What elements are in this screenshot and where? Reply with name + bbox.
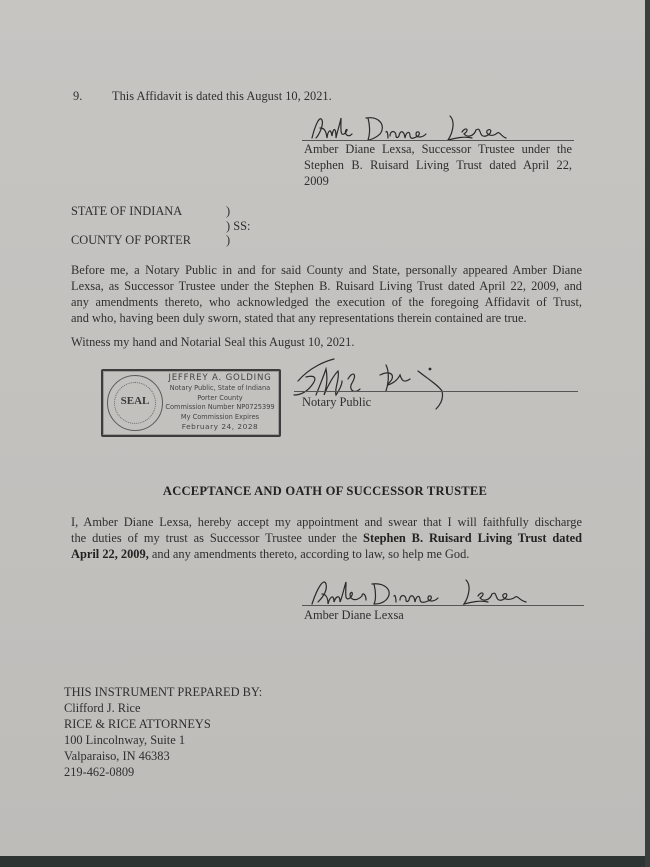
notary-seal: SEAL [107,375,163,431]
affidavit-date-statement: This Affidavit is dated this August 10, … [112,88,332,104]
venue-county: COUNTY OF PORTER [71,232,191,248]
trustee-caption-line2: Stephen B. Ruisard Living Trust dated Ap… [304,157,572,173]
notary-expires-label: My Commission Expires [163,413,277,423]
trust-name-bold: Stephen B. Ruisard Living Trust dated [363,531,582,545]
preparer-address1: 100 Lincolnway, Suite 1 [64,732,185,748]
document-page: 9. This Affidavit is dated this August 1… [0,0,645,856]
acceptance-line3: April 22, 2009, and any amendments there… [71,546,469,562]
acceptance-heading: ACCEPTANCE AND OATH OF SUCCESSOR TRUSTEE [0,484,650,499]
acceptance-line2: the duties of my trust as Successor Trus… [71,530,582,546]
preparer-phone: 219-462-0809 [64,764,134,780]
trustee-caption-line3: 2009 [304,173,329,189]
venue-paren-1: ) [226,203,230,219]
notary-para-line4: and who, having been duly sworn, stated … [71,310,527,326]
acceptance-line1: I, Amber Diane Lexsa, hereby accept my a… [71,514,582,530]
acceptance-signature [310,576,540,608]
notary-commission-number: Commission Number NP0725399 [163,403,277,413]
acceptance-signature-line [302,605,584,606]
preparer-address2: Valparaiso, IN 46383 [64,748,170,764]
seal-center-text: SEAL [108,395,162,407]
preparer-firm: RICE & RICE ATTORNEYS [64,716,211,732]
notary-stamp: SEAL JEFFREY A. GOLDING Notary Public, S… [101,369,281,437]
acceptance-signer-label: Amber Diane Lexsa [304,607,404,623]
notary-para-line2: Lexsa, as Successor Trustee under the St… [71,278,582,294]
notary-county: Porter County [163,394,277,404]
trustee-caption-line1: Amber Diane Lexsa, Successor Trustee und… [304,141,572,157]
notary-signature-line [294,391,578,392]
notary-para-line1: Before me, a Notary Public in and for sa… [71,262,582,278]
witness-line: Witness my hand and Notarial Seal this A… [71,334,354,350]
notary-expires-date: February 24, 2028 [163,422,277,432]
prepared-by-heading: THIS INSTRUMENT PREPARED BY: [64,684,262,700]
venue-state: STATE OF INDIANA [71,203,182,219]
preparer-name: Clifford J. Rice [64,700,141,716]
notary-signature-label: Notary Public [302,394,371,410]
notary-para-line3: any amendments thereto, who acknowledged… [71,294,582,310]
item-number: 9. [73,88,82,104]
venue-paren-2: ) [226,232,230,248]
background-surface [645,0,650,867]
notary-name: JEFFREY A. GOLDING [163,373,277,384]
notary-title: Notary Public, State of Indiana [163,384,277,394]
trust-date-bold: April 22, 2009, [71,547,149,561]
